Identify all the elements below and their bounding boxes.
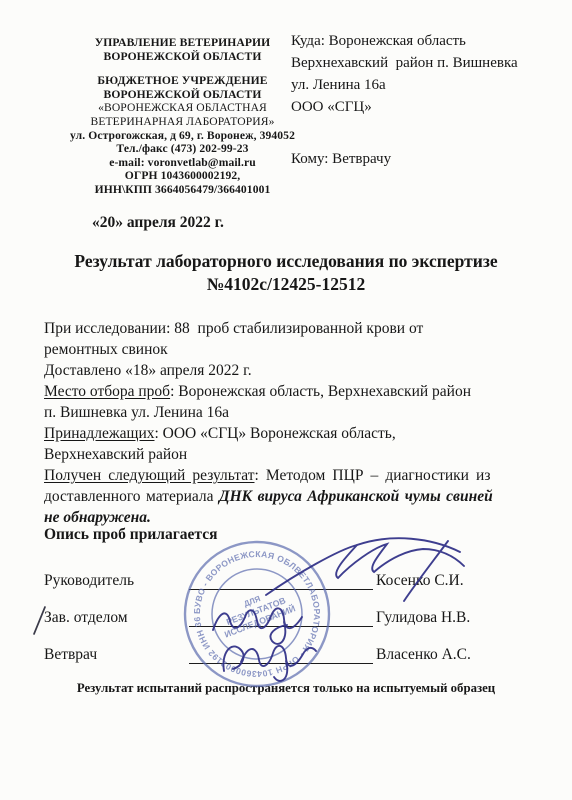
body-text-segment: : Методом ПЦР – диагностики из [255,467,491,484]
letterhead-line: ул. Острогожская, д 69, г. Воронеж, 3940… [45,129,320,143]
signature-row: ВетврачВласенко А.С. [44,646,544,664]
letterhead-line: ВОРОНЕЖСКОЙ ОБЛАСТИ [45,50,320,64]
recipient-block: Куда: Воронежская областьВерхнехавский р… [291,30,553,170]
recipient-to: Кому: Ветврачу [291,148,553,170]
signature-row: Зав. отделомГулидова Н.В. [44,609,544,627]
signature-line [189,645,373,664]
body-line: Верхнехавский район [44,444,540,465]
document-date: «20» апреля 2022 г. [92,214,224,232]
body-text-segment: Место отбора проб [44,383,170,400]
letterhead-line: ИНН\КПП 3664056479/366401001 [45,183,320,197]
body-text-segment: : ООО «СГЦ» Воронежская область, [154,425,395,442]
body-text-segment: п. Вишневка ул. Ленина 16а [44,404,229,421]
body-line: Доставлено «18» апреля 2022 г. [44,360,540,381]
letterhead-line: УПРАВЛЕНИЕ ВЕТЕРИНАРИИ [45,36,320,50]
signature-line [189,571,373,590]
recipient-address-line: Куда: Воронежская область [291,30,553,52]
body-line: Принадлежащих: ООО «СГЦ» Воронежская обл… [44,423,540,444]
body-text-segment: ДНК вируса Африканской чумы свиней [219,488,493,505]
signature-role: Ветврач [44,646,189,664]
attachment-note: Опись проб прилагается [44,526,217,544]
body-line: Получен следующий результат: Методом ПЦР… [44,465,540,486]
body-line: Место отбора проб: Воронежская область, … [44,381,540,402]
body-line: При исследовании: 88 проб стабилизирован… [44,318,540,339]
recipient-address-line: Верхнехавский район п. Вишневка [291,52,553,74]
body-text-segment: : Воронежская область, Верхнехавский рай… [170,383,471,400]
body-text-segment: ремонтных свинок [44,341,168,358]
body-text-segment: доставленного материала [44,488,219,505]
body-line: не обнаружена. [44,507,540,528]
body-text-segment: При исследовании: 88 проб стабилизирован… [44,320,423,337]
signature-name: Гулидова Н.В. [373,609,470,627]
body-text-segment: Доставлено «18» апреля 2022 г. [44,362,252,379]
document-title: Результат лабораторного исследования по … [0,250,572,296]
letterhead: УПРАВЛЕНИЕ ВЕТЕРИНАРИИВОРОНЕЖСКОЙ ОБЛАСТ… [45,36,320,197]
body-line: ремонтных свинок [44,339,540,360]
title-number: №4102с/12425-12512 [0,273,572,296]
signature-block: РуководительКосенко С.И.Зав. отделомГули… [44,572,544,683]
letterhead-line: e-mail: voronvetlab@mail.ru [45,156,320,170]
body-line: доставленного материала ДНК вируса Африк… [44,486,540,507]
body-text: При исследовании: 88 проб стабилизирован… [44,318,540,528]
letterhead-line: БЮДЖЕТНОЕ УЧРЕЖДЕНИЕ [45,74,320,88]
body-text-segment: Принадлежащих [44,425,154,442]
recipient-address-line: ООО «СГЦ» [291,96,553,118]
body-line: п. Вишневка ул. Ленина 16а [44,402,540,423]
signature-role: Руководитель [44,572,189,590]
body-text-segment: не обнаружена. [44,509,151,526]
recipient-address-line: ул. Ленина 16а [291,74,553,96]
footer-note: Результат испытаний распространяется тол… [0,681,572,696]
letterhead-line: «ВОРОНЕЖСКАЯ ОБЛАСТНАЯ [45,101,320,115]
document-page: УПРАВЛЕНИЕ ВЕТЕРИНАРИИВОРОНЕЖСКОЙ ОБЛАСТ… [0,0,572,800]
letterhead-line: Тел./факс (473) 202-99-23 [45,142,320,156]
body-text-segment: Верхнехавский район [44,446,187,463]
letterhead-line: ОГРН 1043600002192, [45,169,320,183]
signature-row: РуководительКосенко С.И. [44,572,544,590]
signature-line [189,608,373,627]
signature-name: Косенко С.И. [373,572,464,590]
recipient-address: Куда: Воронежская областьВерхнехавский р… [291,30,553,118]
letterhead-line: ВОРОНЕЖСКОЙ ОБЛАСТИ [45,88,320,102]
body-text-segment: Получен следующий результат [44,467,255,484]
title-line-1: Результат лабораторного исследования по … [0,250,572,273]
signature-role: Зав. отделом [44,609,189,627]
signature-name: Власенко А.С. [373,646,471,664]
letterhead-line: ВЕТЕРИНАРНАЯ ЛАБОРАТОРИЯ» [45,115,320,129]
